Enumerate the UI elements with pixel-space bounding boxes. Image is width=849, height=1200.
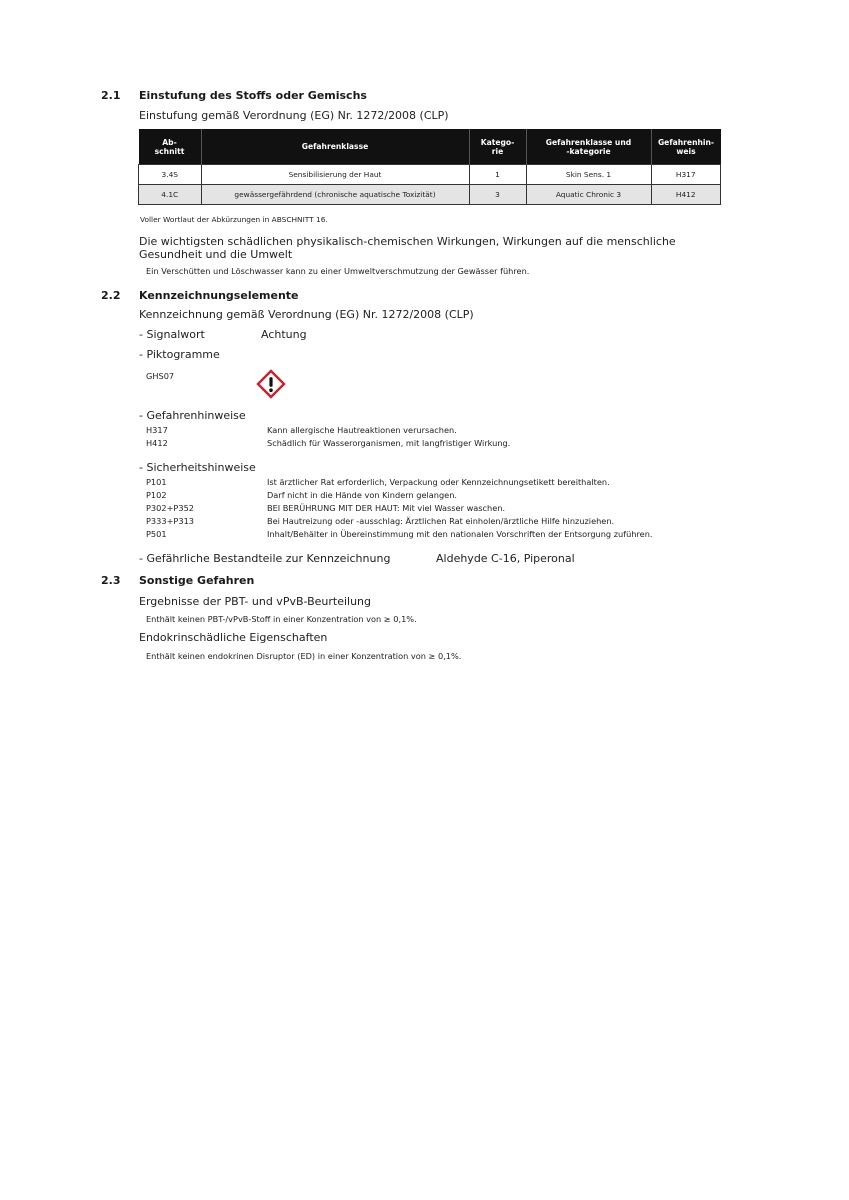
- col-header-gefahrenhinweis: Gefahrenhin-weis: [651, 129, 721, 165]
- cell-gefahrenhinweis: H412: [651, 185, 721, 205]
- clp-labelling-subtitle: Kennzeichnung gemäß Verordnung (EG) Nr. …: [139, 308, 474, 321]
- signal-word-label: - Signalwort: [139, 328, 205, 341]
- pictogram-code: GHS07: [146, 371, 174, 381]
- cell-abschnitt: 4.1C: [139, 185, 202, 205]
- precaution-code: P102: [146, 490, 167, 500]
- endocrine-heading: Endokrinschädliche Eigenschaften: [139, 631, 327, 644]
- cell-klasse-kategorie: Aquatic Chronic 3: [526, 185, 651, 205]
- section-title-2-1: Einstufung des Stoffs oder Gemischs: [139, 89, 367, 102]
- table-row: 4.1C gewässergefährdend (chronische aqua…: [139, 185, 721, 205]
- section-number-2-2: 2.2: [101, 289, 121, 302]
- cell-gefahrenklasse: gewässergefährdend (chronische aquatisch…: [201, 185, 469, 205]
- precaution-text: Bei Hautreizung oder -ausschlag: Ärztlic…: [267, 516, 614, 526]
- precautionary-statements-label: - Sicherheitshinweise: [139, 461, 256, 474]
- hazard-text: Schädlich für Wasserorganismen, mit lang…: [267, 438, 510, 448]
- effects-heading-line2: Gesundheit und die Umwelt: [139, 248, 292, 261]
- pbt-text: Enthält keinen PBT-/vPvB-Stoff in einer …: [146, 614, 417, 624]
- precaution-code: P501: [146, 529, 167, 539]
- pictograms-label: - Piktogramme: [139, 348, 220, 361]
- endocrine-text: Enthält keinen endokrinen Disruptor (ED)…: [146, 651, 461, 661]
- col-header-abschnitt: Ab-schnitt: [139, 129, 202, 165]
- abbreviations-footnote: Voller Wortlaut der Abkürzungen in ABSCH…: [140, 215, 328, 224]
- col-header-kategorie: Katego-rie: [469, 129, 526, 165]
- cell-klasse-kategorie: Skin Sens. 1: [526, 165, 651, 185]
- effects-text: Ein Verschütten und Löschwasser kann zu …: [146, 266, 529, 276]
- classification-table: Ab-schnitt Gefahrenklasse Katego-rie Gef…: [138, 129, 721, 205]
- hazard-text: Kann allergische Hautreaktionen verursac…: [267, 425, 457, 435]
- hazard-code: H317: [146, 425, 168, 435]
- precaution-code: P302+P352: [146, 503, 194, 513]
- cell-gefahrenhinweis: H317: [651, 165, 721, 185]
- hazardous-ingredients-label: - Gefährliche Bestandteile zur Kennzeich…: [139, 552, 390, 565]
- section-title-2-2: Kennzeichnungselemente: [139, 289, 299, 302]
- section-title-2-3: Sonstige Gefahren: [139, 574, 254, 587]
- clp-classification-subtitle: Einstufung gemäß Verordnung (EG) Nr. 127…: [139, 109, 449, 122]
- cell-kategorie: 3: [469, 185, 526, 205]
- precaution-text: BEI BERÜHRUNG MIT DER HAUT: Mit viel Was…: [267, 503, 505, 513]
- hazard-statements-label: - Gefahrenhinweise: [139, 409, 246, 422]
- precaution-code: P333+P313: [146, 516, 194, 526]
- ghs07-exclamation-mark-icon: [256, 369, 286, 399]
- signal-word-value: Achtung: [261, 328, 307, 341]
- precaution-text: Ist ärztlicher Rat erforderlich, Verpack…: [267, 477, 610, 487]
- hazard-code: H412: [146, 438, 168, 448]
- hazardous-ingredients-value: Aldehyde C-16, Piperonal: [436, 552, 575, 565]
- cell-kategorie: 1: [469, 165, 526, 185]
- cell-abschnitt: 3.4S: [139, 165, 202, 185]
- col-header-gefahrenklasse-kategorie: Gefahrenklasse und-kategorie: [526, 129, 651, 165]
- col-header-gefahrenklasse: Gefahrenklasse: [201, 129, 469, 165]
- table-header-row: Ab-schnitt Gefahrenklasse Katego-rie Gef…: [139, 129, 721, 165]
- section-number-2-3: 2.3: [101, 574, 121, 587]
- pbt-heading: Ergebnisse der PBT- und vPvB-Beurteilung: [139, 595, 371, 608]
- section-number-2-1: 2.1: [101, 89, 121, 102]
- cell-gefahrenklasse: Sensibilisierung der Haut: [201, 165, 469, 185]
- precaution-text: Darf nicht in die Hände von Kindern gela…: [267, 490, 457, 500]
- precaution-text: Inhalt/Behälter in Übereinstimmung mit d…: [267, 529, 653, 539]
- precaution-code: P101: [146, 477, 167, 487]
- table-row: 3.4S Sensibilisierung der Haut 1 Skin Se…: [139, 165, 721, 185]
- effects-heading-line1: Die wichtigsten schädlichen physikalisch…: [139, 235, 676, 248]
